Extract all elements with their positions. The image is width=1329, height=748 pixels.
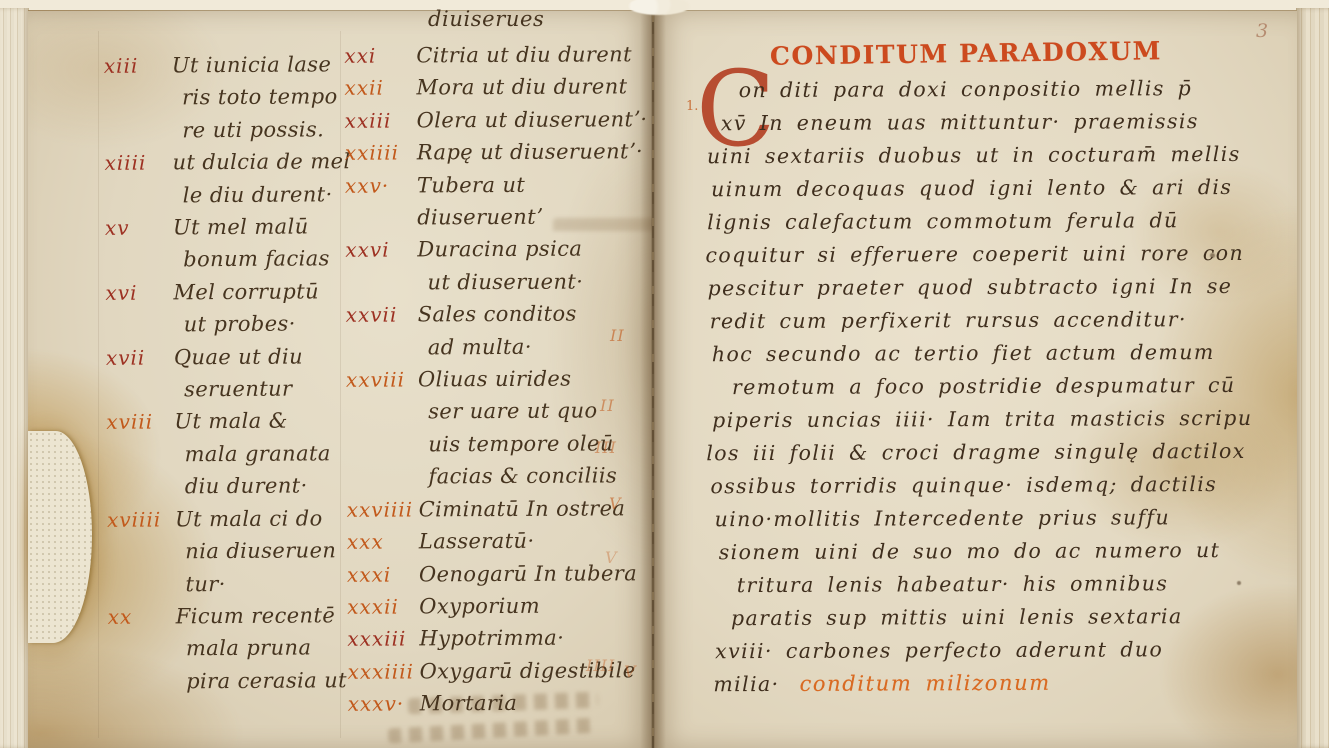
chapter-numeral: xxviii [346, 363, 418, 396]
text-line: los iii folii & croci dragme singulę dac… [706, 435, 1291, 471]
chapter-title-text: Ut mala &mala granatadiu durent· [174, 405, 331, 503]
text-line: uis tempore oleū [418, 427, 617, 460]
text-line: paratis sup mittis uini lenis sextaria [707, 600, 1292, 636]
text-line: Lasseratū· [419, 525, 535, 558]
text-line: uinum decoquas quod igni lento & ari dis [705, 171, 1290, 207]
chapter-numeral: xiii [104, 49, 172, 82]
text-line: Ut mala ci do [175, 502, 336, 536]
text-line: hoc secundo ac tertio fiet actum demum [706, 336, 1291, 372]
line-text: los iii folii & croci dragme singulę dac… [706, 439, 1246, 465]
toc-entry: xxv·Tubera ut diuseruentʼ [345, 168, 651, 234]
margin-numeral: III [595, 438, 617, 457]
chapter-numeral: xiiii [104, 147, 172, 180]
manuscript-photo: diuiserues xiiiUt iunicia laseris toto t… [0, 0, 1329, 748]
text-line: Ciminatū In ostrea [419, 492, 626, 525]
margin-numeral: V [609, 494, 622, 513]
text-line: ser uare ut quo [418, 395, 617, 428]
chapter-numeral: xxxiii [347, 623, 419, 656]
text-line: lignis calefactum commotum ferula dū [705, 204, 1290, 240]
toc-entry: xviiQuae ut diuseruentur [106, 340, 352, 407]
text-line: Ficum recentē [176, 599, 347, 633]
text-line: nia diuseruen [175, 534, 336, 568]
text-line: piperis uncias iiii· Iam trita masticis … [706, 402, 1291, 438]
chapter-numeral: xviii [106, 406, 174, 439]
line-text: ossibus torridis quinque· isdemq; dactil… [710, 472, 1217, 498]
chapter-numeral: xxviiii [347, 493, 419, 526]
chapter-numeral: xxxv· [348, 688, 420, 721]
toc-entry: xxxv·Mortaria [348, 686, 654, 720]
chapter-numeral: xxxii [347, 590, 419, 623]
line-text: on diti para doxi conpositio mellis p̄ [739, 76, 1193, 102]
toc-entry: xxviiSales conditosad multa· [346, 297, 652, 363]
text-line: Rapę ut diuseruentʼ· [417, 135, 643, 169]
chapter-title-rubric: CONDITUM PARADOXUM [770, 36, 1162, 70]
chapter-title-text: Mel corruptūut probes· [173, 275, 319, 341]
line-text: paratis sup mittis uini lenis sextaria [731, 604, 1183, 630]
text-line: Ut mala & [174, 405, 330, 438]
chapter-numeral: xviiii [107, 503, 175, 536]
toc-heading-fragment: diuiserues [428, 7, 544, 31]
text-line: facias & conciliis [418, 460, 617, 493]
text-line: Mortaria [420, 687, 518, 720]
chapter-numeral: xxv· [345, 169, 417, 202]
text-line: remotum a foco postridie despumatur cū [706, 369, 1291, 405]
chapter-title-text: Olera ut diuseruentʼ· [417, 103, 648, 137]
line-text: sionem uini de suo mo do ac numero ut [719, 538, 1221, 564]
line-text: uino·mollitis Intercedente prius suffu [715, 505, 1171, 531]
chapter-numeral: xxx [347, 526, 419, 559]
text-line: diu durent· [175, 470, 331, 503]
text-line: seruentur [174, 373, 303, 406]
text-line: Citria ut diu durent [416, 38, 632, 72]
margin-numeral: II [610, 326, 625, 345]
line-text: uinum decoquas quod igni lento & ari dis [711, 175, 1232, 201]
text-line: Oliuas uirides [418, 362, 617, 395]
chapter-title-text: Rapę ut diuseruentʼ· [417, 135, 643, 169]
chapter-numeral: xx [108, 600, 176, 633]
chapter-title-text: Ut mala ci donia diuseruentur· [175, 502, 337, 600]
toc-entry: xviiiUt mala &mala granatadiu durent· [106, 405, 353, 504]
toc-entry: xxviiiiCiminatū In ostrea [347, 492, 653, 526]
chapter-numeral: xvii [106, 341, 174, 374]
line-text: xv̄ In eneum uas mittuntur· praemissis [721, 109, 1199, 135]
text-line: tritura lenis habeatur· his omnibus [707, 567, 1292, 603]
chapter-numeral: xxiii [345, 104, 417, 137]
chapter-title-text: Ciminatū In ostrea [419, 492, 626, 525]
text-line: ut diuseruent· [417, 265, 583, 298]
chapter-title-text: ut dulcia de melle diu durent· [172, 145, 350, 211]
text-line: ut probes· [174, 308, 320, 341]
chapter-title-text: Oliuas uiridesser uare ut quouis tempore… [418, 362, 617, 493]
line-text: uini sextariis duobus ut in cocturam̄ me… [707, 142, 1241, 168]
toc-entry: xxFicum recentēmala prunapira cerasia ut [108, 599, 355, 698]
ruling-line [98, 31, 99, 738]
chapter-title-text: Duracina psicaut diuseruent· [417, 233, 583, 299]
chapter-numeral: xxvii [346, 299, 418, 332]
toc-entry: xviMel corruptūut probes· [105, 275, 351, 342]
text-line: uini sextariis duobus ut in cocturam̄ me… [705, 138, 1290, 174]
chapter-title-text: Quae ut diuseruentur [174, 340, 304, 406]
text-line: Tubera ut diuseruentʼ [417, 168, 651, 234]
toc-entry: xxxiiOxyporium [347, 589, 653, 623]
chapter-title-text: Lasseratū· [419, 525, 535, 558]
toc-entry: xxviDuracina psicaut diuseruent· [345, 233, 651, 299]
text-line: Quae ut diu [174, 340, 303, 373]
toc-entry: xxiiiiRapę ut diuseruentʼ· [345, 135, 651, 169]
right-page: CONDITUM PARADOXUM 1. C on diti para dox… [652, 10, 1297, 748]
toc-entry: xxviiiOliuas uiridesser uare ut quouis t… [346, 362, 653, 493]
text-line: ut dulcia de mel [172, 145, 350, 179]
chapter-title-text: Oxyporium [419, 590, 540, 623]
line-text: lignis calefactum commotum ferula dū [707, 208, 1178, 234]
line-text: pescitur praeter quod subtracto igni In … [708, 274, 1233, 300]
page-stack-right-edge [1296, 8, 1329, 748]
chapter-title-text: Tubera ut diuseruentʼ [417, 168, 651, 234]
book-gutter-seam [652, 0, 654, 748]
margin-numeral: V [624, 662, 637, 681]
recipe-text: on diti para doxi conpositio mellis p̄xv… [705, 72, 1293, 702]
text-line: ossibus torridis quinque· isdemq; dactil… [706, 468, 1291, 504]
toc-entry: xvUt mel malūbonum facias [105, 210, 351, 277]
chapter-title-text: Ut iunicia laseris toto tempore uti poss… [172, 48, 338, 146]
text-line: Ut mel malū [173, 210, 330, 243]
text-line: tur· [175, 567, 336, 601]
toc-entry: xxiiiOlera ut diuseruentʼ· [345, 103, 651, 137]
left-page: diuiserues xiiiUt iunicia laseris toto t… [28, 10, 652, 748]
text-line: Oxyporium [419, 590, 540, 623]
text-line: uino·mollitis Intercedente prius suffu [707, 501, 1292, 537]
text-line: pescitur praeter quod subtracto igni In … [705, 270, 1290, 306]
chapter-title-text: Citria ut diu durent [416, 38, 632, 72]
chapter-numeral: xxxiiii [347, 655, 419, 688]
text-line: milia·conditum milizonum [707, 666, 1292, 702]
text-line: on diti para doxi conpositio mellis p̄ [705, 72, 1290, 108]
text-line: Mora ut diu durent [416, 71, 627, 105]
text-line: Sales conditos [418, 298, 577, 331]
chapter-title-text: Ficum recentēmala prunapira cerasia ut [176, 599, 347, 697]
text-line: bonum facias [173, 243, 330, 276]
chapter-numeral: xxiiii [345, 137, 417, 170]
text-line: sionem uini de suo mo do ac numero ut [707, 534, 1292, 570]
line-text: tritura lenis habeatur· his omnibus [737, 571, 1169, 597]
toc-entry: xxiCitria ut diu durent [344, 38, 650, 72]
line-text: xviii· carbones perfecto aderunt duo [715, 637, 1163, 663]
toc-entry: xiiiiut dulcia de melle diu durent· [104, 145, 350, 212]
line-text: milia· [713, 672, 779, 696]
text-line: pira cerasia ut [176, 664, 347, 698]
line-text: redit cum perfixerit rursus accenditur· [710, 307, 1187, 333]
chapter-title-text: Mortaria [420, 687, 518, 720]
line-text: piperis uncias iiii· Iam trita masticis … [712, 406, 1252, 432]
text-line: redit cum perfixerit rursus accenditur· [706, 303, 1291, 339]
footer-rubric: conditum milizonum [799, 671, 1050, 696]
folio-number: 3 [1256, 20, 1268, 42]
toc-entry: xviiiiUt mala ci donia diuseruentur· [107, 502, 354, 601]
chapter-title-text: Hypotrimma· [419, 622, 564, 655]
toc-column-1: xiiiUt iunicia laseris toto tempore uti … [104, 48, 355, 698]
chapter-numeral: xvi [105, 276, 173, 309]
toc-entry: xxiiMora ut diu durent [344, 71, 650, 105]
chapter-numeral: xv [105, 211, 173, 244]
toc-entry: xiiiUt iunicia laseris toto tempore uti … [104, 48, 351, 147]
chapter-title-text: Sales conditosad multa· [418, 298, 577, 364]
line-text: coquitur si efferuere coeperit uini rore… [705, 241, 1244, 267]
margin-numeral: II [600, 396, 615, 415]
text-line: mala granata [174, 437, 330, 470]
text-line: Duracina psica [417, 233, 583, 266]
text-line: coquitur si efferuere coeperit uini rore… [705, 237, 1290, 273]
text-line: Mel corruptū [173, 275, 319, 308]
text-line: xv̄ In eneum uas mittuntur· praemissis [705, 105, 1290, 141]
text-line: mala pruna [176, 631, 347, 665]
text-line: xviii· carbones perfecto aderunt duo [707, 633, 1292, 669]
chapter-numeral: xxvi [345, 234, 417, 267]
chapter-numeral: xxxi [347, 558, 419, 591]
show-through-text [388, 718, 598, 744]
margin-numeral: IIII [586, 656, 615, 675]
text-line: re uti possis. [172, 113, 338, 147]
chapter-numeral: xxii [344, 72, 416, 105]
text-line: Olera ut diuseruentʼ· [417, 103, 648, 137]
text-line: Hypotrimma· [419, 622, 564, 655]
line-text: remotum a foco postridie despumatur cū [732, 373, 1236, 399]
margin-numeral: V [605, 548, 618, 567]
chapter-title-text: Ut mel malūbonum facias [173, 210, 330, 276]
toc-entry: xxxiiiHypotrimma· [347, 622, 653, 656]
text-line: ad multa· [418, 330, 577, 363]
toc-column-2: xxiCitria ut diu durentxxiiMora ut diu d… [344, 38, 654, 720]
chapter-title-text: Mora ut diu durent [416, 71, 627, 105]
text-line: ris toto tempo [172, 81, 338, 115]
text-line: le diu durent· [173, 178, 351, 212]
text-line: Ut iunicia lase [172, 48, 338, 82]
chapter-numeral: xxi [344, 39, 416, 72]
line-text: hoc secundo ac tertio fiet actum demum [712, 340, 1215, 366]
